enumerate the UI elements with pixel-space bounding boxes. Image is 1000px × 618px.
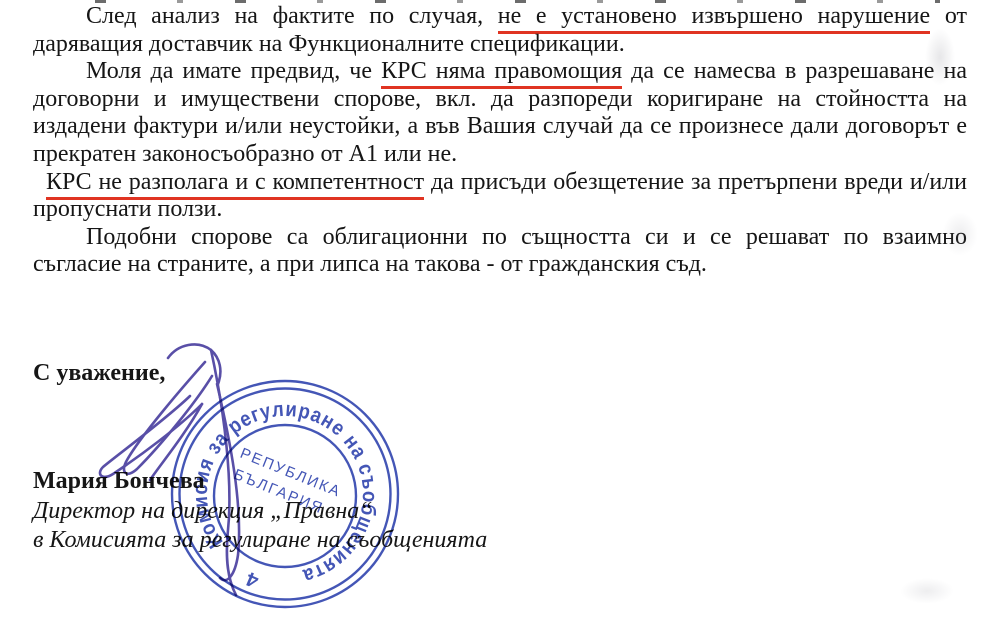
paragraph-1: След анализ на фактите по случая, не е у…	[33, 3, 967, 58]
paragraph-text: След анализ на фактите по случая,	[86, 3, 498, 29]
stamp-number: 4	[242, 567, 262, 592]
scan-smudge	[900, 578, 954, 604]
scanned-letter-page: След анализ на фактите по случая, не е у…	[0, 0, 1000, 618]
paragraph-text: Подобни спорове са облигационни по същно…	[33, 224, 967, 278]
paragraph-2: Моля да имате предвид, че КРС няма право…	[33, 58, 967, 168]
red-underlined-phrase: не е установено извършено нарушение	[498, 3, 930, 34]
paragraph-text: Моля да имате предвид, че	[86, 58, 381, 84]
red-underlined-phrase: КРС няма правомощия	[381, 58, 622, 89]
paragraph-4: Подобни спорове са облигационни по същно…	[33, 224, 967, 279]
official-stamp: Комисия за регулиране на съобщенията 4 Р…	[150, 358, 430, 618]
red-underlined-phrase: КРС не разполага и с компетентност	[46, 169, 424, 200]
letter-body: След анализ на фактите по случая, не е у…	[33, 3, 967, 279]
paragraph-3: КРС не разполага и с компетентност да пр…	[33, 169, 967, 224]
